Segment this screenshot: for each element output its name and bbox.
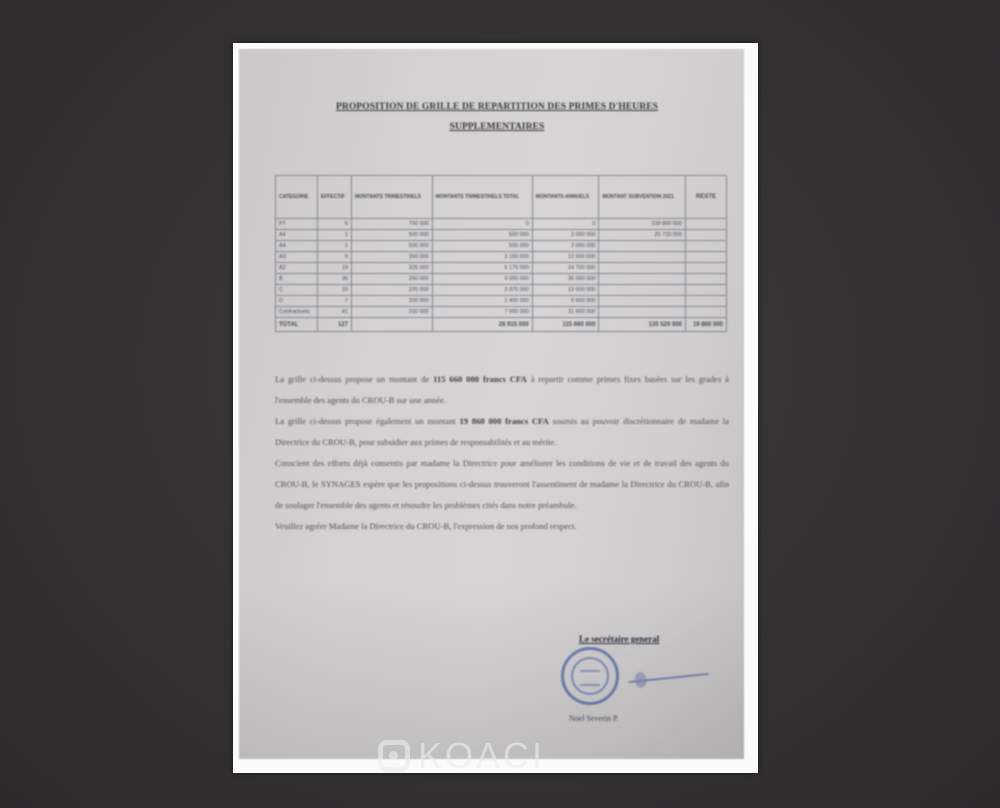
- table-cell: 225 000: [351, 285, 432, 296]
- table-cell: A4: [276, 241, 318, 252]
- table-cell: 13 500 000: [532, 285, 599, 296]
- table-cell: A3: [276, 252, 318, 263]
- column-header: MONTANTS TRIMESTRIELS TOTAL: [432, 176, 532, 219]
- table-cell: [686, 263, 727, 274]
- document-page: PROPOSITION DE GRILLE DE REPARTITION DES…: [239, 49, 744, 759]
- table-cell: [686, 241, 727, 252]
- table-row: A41500 000500 0002 000 000: [276, 241, 727, 252]
- table-cell: 28 915 000: [432, 318, 532, 332]
- table-cell: [686, 252, 727, 263]
- table-cell: 19 860 000: [686, 318, 727, 332]
- table-row: P76750 00000109 800 000: [276, 219, 727, 230]
- table-cell: A4: [276, 230, 318, 241]
- table-header-row: CATEGORIEEFFECTIFMONTANTS TRIMESTRIELSMO…: [276, 176, 727, 219]
- table-row: A41500 000500 0002 000 00025 720 000: [276, 230, 727, 241]
- table-cell: [599, 252, 686, 263]
- column-header: MONTANTS TRIMESTRIELS: [351, 176, 432, 219]
- table-cell: B: [276, 274, 318, 285]
- table-cell: 6 175 000: [432, 263, 532, 274]
- table-cell: C: [276, 285, 318, 296]
- table-body: P76750 00000109 800 000A41500 000500 000…: [276, 219, 727, 332]
- paragraph-1: La grille ci-dessus propose un montant d…: [275, 369, 729, 411]
- table-cell: [686, 230, 727, 241]
- table-cell: [599, 307, 686, 318]
- table-cell: 750 000: [351, 219, 432, 230]
- table-cell: 500 000: [351, 230, 432, 241]
- table-cell: 200 000: [351, 307, 432, 318]
- paragraph-3: Conscient des efforts déjà consentis par…: [275, 453, 729, 516]
- table-cell: [686, 285, 727, 296]
- table-row: C15225 0003 375 00013 500 000: [276, 285, 727, 296]
- table-cell: 1 400 000: [432, 296, 532, 307]
- table-cell: [599, 296, 686, 307]
- table-cell: [599, 241, 686, 252]
- table-cell: 500 000: [351, 241, 432, 252]
- table-cell: 36: [317, 274, 351, 285]
- table-cell: [351, 318, 432, 332]
- table-cell: 1: [317, 230, 351, 241]
- signature-title: Le secrétaire general: [579, 634, 659, 644]
- koaci-logo-icon: [378, 740, 410, 772]
- table-cell: 41: [317, 307, 351, 318]
- table-cell: [686, 274, 727, 285]
- table-cell: 3 150 000: [432, 252, 532, 263]
- title-line-1: PROPOSITION DE GRILLE DE REPARTITION DES…: [277, 97, 717, 117]
- table-cell: P7: [276, 219, 318, 230]
- table-cell: 9 000 000: [432, 274, 532, 285]
- table-cell: 12 600 000: [532, 252, 599, 263]
- table-cell: 109 800 000: [599, 219, 686, 230]
- handwritten-signature: [629, 673, 710, 691]
- table-cell: [599, 274, 686, 285]
- table-row: D7200 0001 400 0005 600 000: [276, 296, 727, 307]
- table-cell: A2: [276, 263, 318, 274]
- table-cell: [599, 285, 686, 296]
- koaci-watermark: KOACI: [378, 735, 545, 777]
- column-header: CATEGORIE: [276, 176, 318, 219]
- table-cell: 500 000: [432, 241, 532, 252]
- table-cell: 500 000: [432, 230, 532, 241]
- table-cell: [599, 263, 686, 274]
- paragraph-4: Veuillez agréer Madame la Directrice du …: [275, 516, 729, 537]
- column-header: MONTANT SUBVENTION 2021: [599, 176, 686, 219]
- table-cell: 325 000: [351, 263, 432, 274]
- signatory-name: Noel Severin P.: [569, 714, 619, 723]
- table-cell: 350 000: [351, 252, 432, 263]
- table-cell: 135 520 000: [599, 318, 686, 332]
- table-cell: 9: [317, 252, 351, 263]
- table-cell: 31 600 000: [532, 307, 599, 318]
- watermark-text: KOACI: [418, 735, 545, 777]
- table-cell: 7 900 000: [432, 307, 532, 318]
- table-row: A219325 0006 175 00024 700 000: [276, 263, 727, 274]
- document-photo-frame: PROPOSITION DE GRILLE DE REPARTITION DES…: [233, 43, 758, 773]
- table-cell: TOTAL: [276, 318, 318, 332]
- table-cell: 250 000: [351, 274, 432, 285]
- column-header: MONTANTS ANNUELS: [532, 176, 599, 219]
- table-cell: [686, 219, 727, 230]
- table-row: Contractuels41200 0007 900 00031 600 000: [276, 307, 727, 318]
- table-cell: [686, 307, 727, 318]
- table-cell: 15: [317, 285, 351, 296]
- document-body: La grille ci-dessus propose un montant d…: [275, 369, 729, 537]
- official-stamp: [561, 647, 619, 705]
- table-cell: 25 720 000: [599, 230, 686, 241]
- table-cell: [686, 296, 727, 307]
- table-cell: 2 000 000: [532, 241, 599, 252]
- paragraph-2: La grille ci-dessus propose également un…: [275, 411, 729, 453]
- title-line-2: SUPPLEMENTAIRES: [277, 117, 717, 137]
- table-cell: 24 700 000: [532, 263, 599, 274]
- table-row: A39350 0003 150 00012 600 000: [276, 252, 727, 263]
- table-cell: 115 660 000: [532, 318, 599, 332]
- bonus-distribution-table: CATEGORIEEFFECTIFMONTANTS TRIMESTRIELSMO…: [275, 175, 727, 332]
- table-cell: 1: [317, 241, 351, 252]
- table-total-row: TOTAL12728 915 000115 660 000135 520 000…: [276, 318, 727, 332]
- column-header: EFFECTIF: [317, 176, 351, 219]
- table-cell: 6: [317, 219, 351, 230]
- table-cell: Contractuels: [276, 307, 318, 318]
- table-cell: 200 000: [351, 296, 432, 307]
- table-cell: 36 000 000: [532, 274, 599, 285]
- table-row: B36250 0009 000 00036 000 000: [276, 274, 727, 285]
- table-cell: 2 000 000: [532, 230, 599, 241]
- table-cell: 3 375 000: [432, 285, 532, 296]
- table-cell: 0: [532, 219, 599, 230]
- table-cell: 5 600 000: [532, 296, 599, 307]
- document-title: PROPOSITION DE GRILLE DE REPARTITION DES…: [277, 97, 717, 137]
- table-cell: 19: [317, 263, 351, 274]
- table-cell: D: [276, 296, 318, 307]
- column-header: RESTE: [686, 176, 727, 219]
- table-cell: 0: [432, 219, 532, 230]
- table-cell: 7: [317, 296, 351, 307]
- table-cell: 127: [317, 318, 351, 332]
